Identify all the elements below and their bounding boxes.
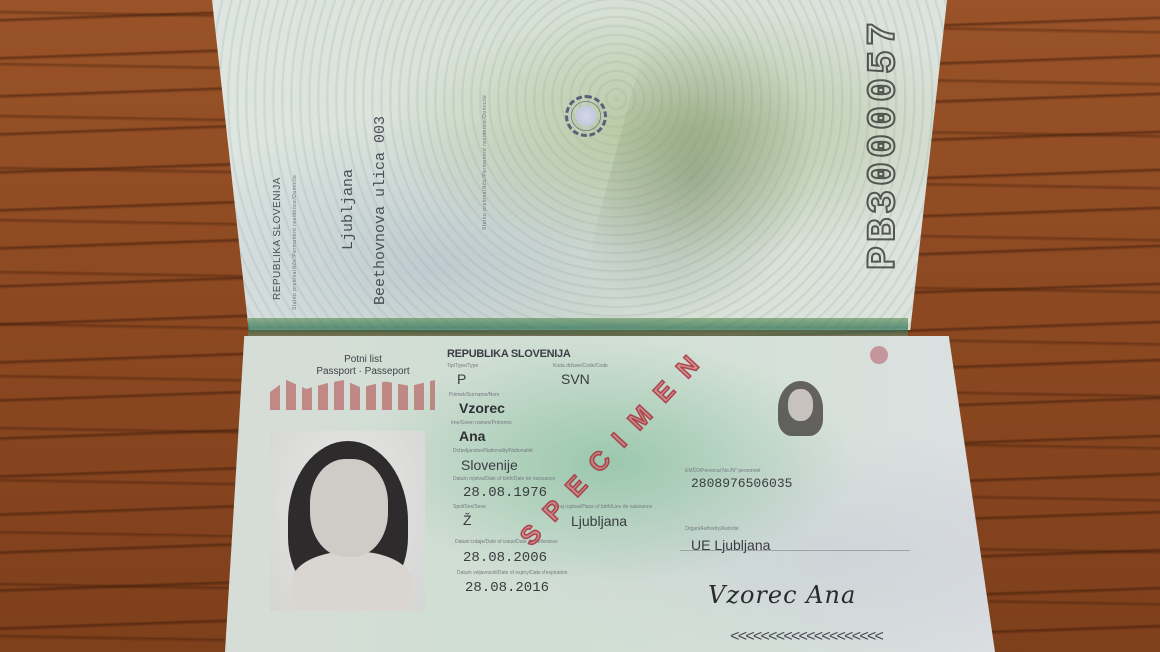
- mrz-line: <<<<<<<<<<<<<<<<<<<<: [730, 628, 882, 646]
- issuer-header: REPUBLIKA SLOVENIJA: [447, 348, 570, 360]
- security-dot-icon: [870, 346, 888, 364]
- type-value: P: [457, 371, 466, 387]
- type-label: Tip/Type/Type: [447, 363, 478, 369]
- photo-neck: [292, 551, 412, 611]
- holder-photo: [270, 431, 425, 611]
- issue-date-value: 28.08.2006: [463, 550, 547, 566]
- nationality-label: Državljanstvo/Nationality/Nationalité: [453, 448, 533, 454]
- surname-value: Vzorec: [459, 400, 505, 416]
- expiry-date-label: Datum veljavnosti/Date of expiry/Date d'…: [457, 570, 567, 576]
- lipizzaner-horses-icon: [270, 380, 435, 410]
- holder-signature: Vzorec Ana: [708, 581, 856, 609]
- silhouette-watermark: [577, 9, 848, 351]
- personal-number-label: EMŠO/Personal No./N° personnel: [685, 468, 760, 474]
- passport-upper-page: REPUBLIKA SLOVENIJA Stalno prebivališče/…: [212, 0, 947, 330]
- country-code-value: SVN: [561, 371, 590, 387]
- issuer-label: REPUBLIKA SLOVENIJA: [272, 177, 283, 300]
- nationality-value: Slovenije: [461, 457, 518, 473]
- page-fold: [248, 318, 908, 338]
- country-code-label: Koda države/Code/Code: [553, 363, 608, 369]
- passport-data-page: Potni list Passport · Passeport REPUBLIK…: [225, 336, 995, 652]
- birth-date-value: 28.08.1976: [463, 485, 547, 501]
- title-line-1: Potni list: [263, 354, 463, 366]
- sex-label: Spol/Sex/Sexe: [453, 504, 486, 510]
- surname-label: Priimek/Surname/Nom: [449, 392, 499, 398]
- title-line-2: Passport · Passeport: [263, 366, 463, 378]
- ghost-photo-face: [788, 389, 813, 421]
- sex-value: Ž: [463, 512, 472, 528]
- signature-line: [680, 550, 910, 551]
- residence-city: Ljubljana: [340, 169, 357, 250]
- photo-face: [310, 459, 388, 557]
- residence-field-label: Stalno prebivališče/Permanent residence/…: [292, 175, 298, 310]
- residence-field-label-2: Stalno prebivališče/Permanent residence/…: [482, 95, 488, 230]
- residence-street: Beethovnova ulica 003: [372, 116, 389, 305]
- given-names-value: Ana: [459, 428, 485, 444]
- passport-title: Potni list Passport · Passeport: [263, 354, 463, 378]
- perforated-passport-number: PB3000057: [862, 18, 907, 270]
- birth-place-value: Ljubljana: [571, 513, 627, 529]
- given-names-label: Ime/Given names/Prénoms: [451, 420, 512, 426]
- ghost-photo: [778, 381, 823, 436]
- authority-label: Organ/Authority/Autorité: [685, 526, 739, 532]
- personal-number-value: 2808976506035: [691, 476, 792, 491]
- hologram-seal-icon: [565, 95, 607, 137]
- birth-date-label: Datum rojstva/Date of birth/Date de nais…: [453, 476, 555, 482]
- expiry-date-value: 28.08.2016: [465, 580, 549, 596]
